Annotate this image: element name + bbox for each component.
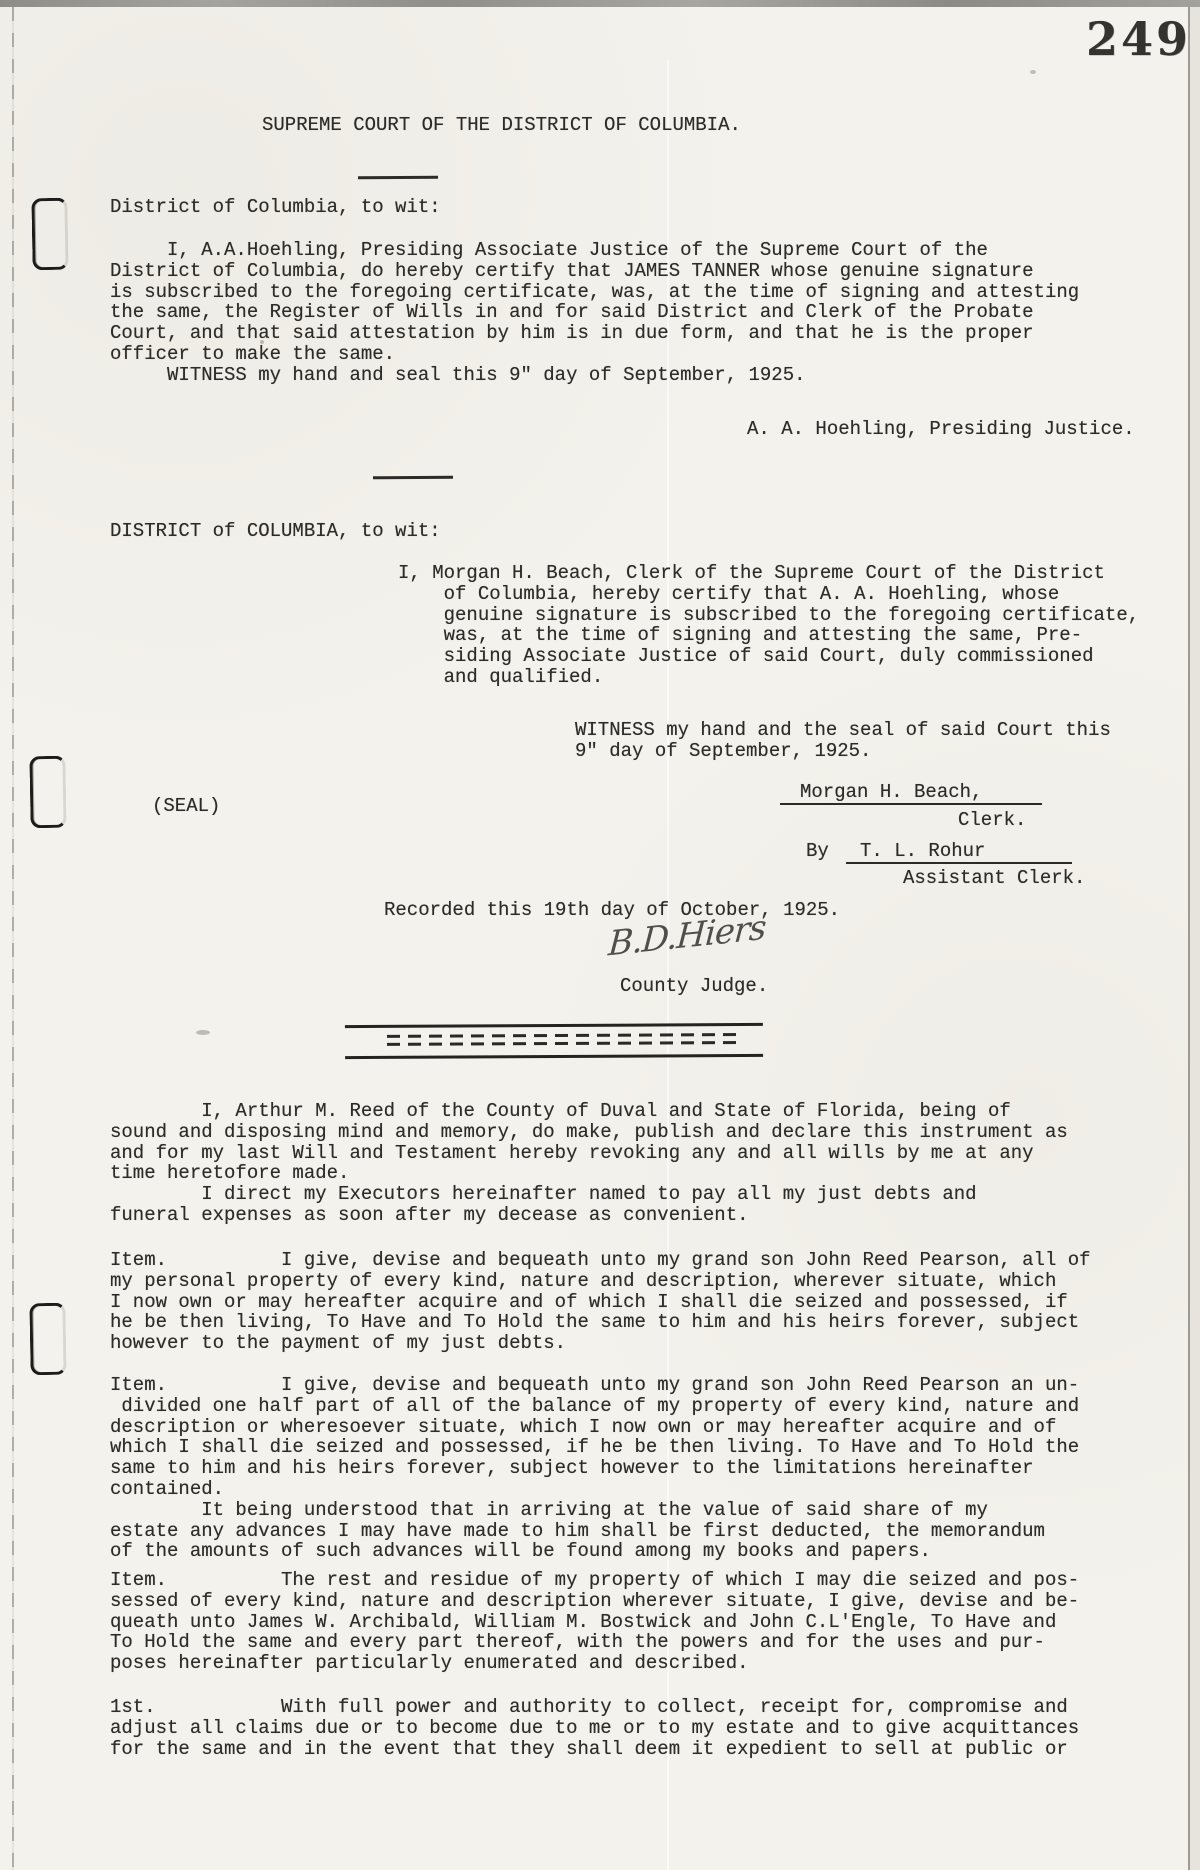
- scan-edge-right-margin: [1190, 7, 1200, 1870]
- page-number: 249: [1086, 12, 1191, 66]
- scan-speck: [196, 1030, 210, 1035]
- by-label: By: [806, 841, 829, 862]
- divider-dash-row: [387, 1033, 743, 1038]
- assistant-clerk-signature-underline: T. L. Rohur: [846, 841, 1072, 864]
- document-title: SUPREME COURT OF THE DISTRICT OF COLUMBI…: [262, 115, 741, 136]
- divider-dash-row: [387, 1041, 743, 1046]
- jurisdiction-heading: DISTRICT of COLUMBIA, to wit:: [110, 521, 441, 542]
- punch-hole: [29, 1303, 66, 1376]
- clerk-title: Clerk.: [958, 810, 1026, 831]
- scan-edge-top: [0, 0, 1200, 7]
- witness-clause: WITNESS my hand and the seal of said Cou…: [575, 720, 1111, 762]
- section-rule: [358, 176, 438, 180]
- scan-edge-left: [12, 7, 14, 1870]
- scan-speck: [1030, 70, 1036, 74]
- document-page: 249 SUPREME COURT OF THE DISTRICT OF COL…: [0, 0, 1200, 1870]
- judge-title: County Judge.: [620, 976, 768, 997]
- scan-edge-right: [1188, 7, 1190, 1870]
- clerk-signature: Morgan H. Beach,: [780, 781, 982, 803]
- jurisdiction-heading: District of Columbia, to wit:: [110, 197, 441, 218]
- clerk-signature-underline: Morgan H. Beach,: [780, 782, 1042, 805]
- section-divider: [345, 1023, 763, 1059]
- punch-hole: [29, 756, 66, 829]
- assistant-clerk-signature: T. L. Rohur: [846, 840, 985, 862]
- will-first-power: 1st. With full power and authority to co…: [110, 1697, 1079, 1759]
- justice-certification-body: I, A.A.Hoehling, Presiding Associate Jus…: [110, 240, 1079, 386]
- will-opening-paragraph: I, Arthur M. Reed of the County of Duval…: [110, 1101, 1068, 1226]
- assistant-clerk-title: Assistant Clerk.: [903, 868, 1085, 889]
- will-item-1: Item. I give, devise and bequeath unto m…: [110, 1250, 1091, 1354]
- seal-label: (SEAL): [152, 796, 220, 817]
- section-rule: [373, 476, 453, 480]
- punch-hole: [31, 198, 68, 271]
- recorded-line: Recorded this 19th day of October, 1925.: [384, 900, 840, 921]
- will-item-3: Item. The rest and residue of my propert…: [110, 1570, 1079, 1674]
- will-item-2: Item. I give, devise and bequeath unto m…: [110, 1375, 1079, 1562]
- clerk-certification-body: I, Morgan H. Beach, Clerk of the Supreme…: [398, 563, 1139, 688]
- justice-signature-line: A. A. Hoehling, Presiding Justice.: [747, 419, 1135, 440]
